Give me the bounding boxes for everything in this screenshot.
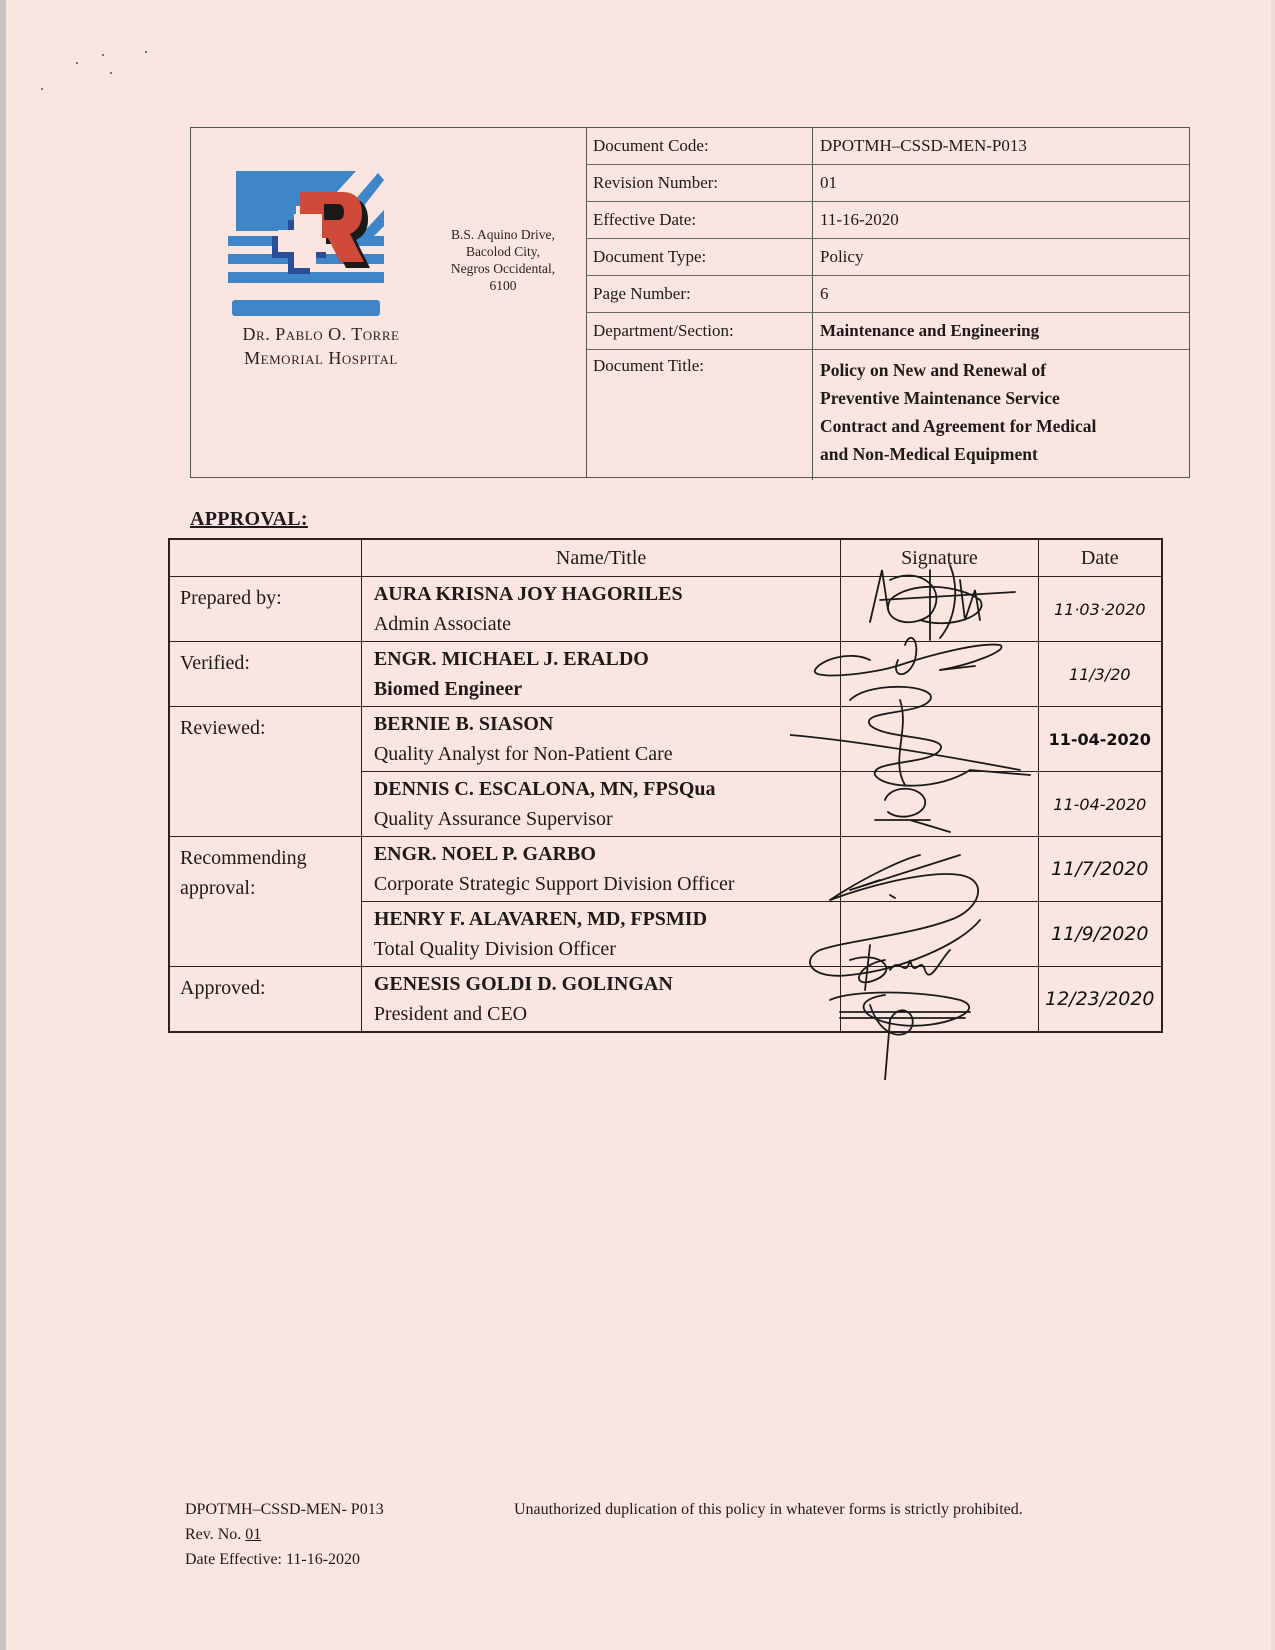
meta-row-effective-date: Effective Date: 11-16-2020 — [586, 202, 1189, 239]
signature-cell — [841, 707, 1038, 772]
hospital-name-line1: Dr. Pablo O. Torre — [201, 322, 441, 346]
person-name: DENNIS C. ESCALONA, MN, FPSQua — [374, 774, 829, 804]
scan-speck — [110, 72, 112, 74]
scan-speck — [145, 51, 147, 53]
scan-edge-right — [1271, 0, 1275, 1650]
person-title: Admin Associate — [374, 609, 829, 639]
document-header: Dr. Pablo O. Torre Memorial Hospital B.S… — [190, 127, 1190, 478]
signature-cell — [841, 642, 1038, 707]
person-name: BERNIE B. SIASON — [374, 709, 829, 739]
logo-column: Dr. Pablo O. Torre Memorial Hospital B.S… — [191, 128, 587, 477]
approval-header-row: Name/Title Signature Date — [169, 539, 1162, 577]
signature-cell — [841, 837, 1038, 902]
approval-person: ENGR. MICHAEL J. ERALDO Biomed Engineer — [361, 642, 841, 707]
person-title: President and CEO — [374, 999, 829, 1029]
hospital-name: Dr. Pablo O. Torre Memorial Hospital — [201, 322, 441, 370]
scan-speck — [41, 88, 43, 90]
meta-label: Document Code: — [586, 128, 813, 165]
meta-row-page-number: Page Number: 6 — [586, 276, 1189, 313]
approval-role: Reviewed: — [169, 707, 361, 837]
approval-role: Recommending approval: — [169, 837, 361, 967]
column-header-date: Date — [1038, 539, 1162, 577]
title-line: Policy on New and Renewal of — [820, 356, 1182, 384]
approval-row: Recommending approval: ENGR. NOEL P. GAR… — [169, 837, 1162, 902]
signed-date: 11-04-2020 — [1038, 707, 1162, 772]
approval-person: BERNIE B. SIASON Quality Analyst for Non… — [361, 707, 841, 772]
person-name: AURA KRISNA JOY HAGORILES — [374, 579, 829, 609]
signature-cell — [841, 967, 1038, 1033]
meta-value: 11-16-2020 — [813, 202, 1190, 239]
signed-date: 11/9/2020 — [1038, 902, 1162, 967]
person-title: Quality Assurance Supervisor — [374, 804, 829, 834]
approval-heading: APPROVAL: — [190, 508, 308, 531]
meta-label: Revision Number: — [586, 165, 813, 202]
meta-row-department: Department/Section: Maintenance and Engi… — [586, 313, 1189, 350]
footer-revision: Rev. No. 01 — [185, 1522, 384, 1547]
person-name: HENRY F. ALAVAREN, MD, FPSMID — [374, 904, 829, 934]
meta-value: DPOTMH–CSSD-MEN-P013 — [813, 128, 1190, 165]
address-line: Negros Occidental, — [423, 260, 583, 277]
meta-label: Document Title: — [586, 350, 813, 481]
approval-person: GENESIS GOLDI D. GOLINGAN President and … — [361, 967, 841, 1033]
approval-role: Verified: — [169, 642, 361, 707]
scan-edge — [0, 0, 6, 1650]
title-line: and Non-Medical Equipment — [820, 440, 1182, 468]
footer-document-info: DPOTMH–CSSD-MEN- P013 Rev. No. 01 Date E… — [185, 1497, 384, 1572]
column-header-name-title: Name/Title — [361, 539, 841, 577]
document-title: Policy on New and Renewal of Preventive … — [813, 350, 1190, 481]
signed-date: 11-04-2020 — [1038, 772, 1162, 837]
person-name: GENESIS GOLDI D. GOLINGAN — [374, 969, 829, 999]
meta-row-document-type: Document Type: Policy — [586, 239, 1189, 276]
approval-role: Prepared by: — [169, 577, 361, 642]
approval-person: DENNIS C. ESCALONA, MN, FPSQua Quality A… — [361, 772, 841, 837]
approval-row: Approved: GENESIS GOLDI D. GOLINGAN Pres… — [169, 967, 1162, 1033]
approval-table: Name/Title Signature Date Prepared by: A… — [168, 538, 1163, 1033]
footer-rev-value: 01 — [245, 1526, 261, 1543]
meta-value: Maintenance and Engineering — [813, 313, 1190, 350]
approval-role: Approved: — [169, 967, 361, 1033]
title-line: Contract and Agreement for Medical — [820, 412, 1182, 440]
hospital-name-line2: Memorial Hospital — [201, 346, 441, 370]
meta-row-document-title: Document Title: Policy on New and Renewa… — [586, 350, 1189, 481]
person-name: ENGR. MICHAEL J. ERALDO — [374, 644, 829, 674]
approval-person: AURA KRISNA JOY HAGORILES Admin Associat… — [361, 577, 841, 642]
meta-value: Policy — [813, 239, 1190, 276]
address-line: 6100 — [423, 277, 583, 294]
scan-speck — [76, 62, 78, 64]
approval-row: Prepared by: AURA KRISNA JOY HAGORILES A… — [169, 577, 1162, 642]
meta-label: Page Number: — [586, 276, 813, 313]
person-name: ENGR. NOEL P. GARBO — [374, 839, 829, 869]
address-line: B.S. Aquino Drive, — [423, 226, 583, 243]
title-line: Preventive Maintenance Service — [820, 384, 1182, 412]
signature-cell — [841, 902, 1038, 967]
hospital-address: B.S. Aquino Drive, Bacolod City, Negros … — [423, 226, 583, 294]
person-title: Total Quality Division Officer — [374, 934, 829, 964]
meta-label: Document Type: — [586, 239, 813, 276]
signature-cell — [841, 772, 1038, 837]
column-header-role — [169, 539, 361, 577]
address-line: Bacolod City, — [423, 243, 583, 260]
signed-date: 11/7/2020 — [1038, 837, 1162, 902]
footer-document-code: DPOTMH–CSSD-MEN- P013 — [185, 1497, 384, 1522]
meta-row-document-code: Document Code: DPOTMH–CSSD-MEN-P013 — [586, 128, 1189, 165]
signature-cell — [841, 577, 1038, 642]
person-title: Biomed Engineer — [374, 674, 829, 704]
approval-row: Reviewed: BERNIE B. SIASON Quality Analy… — [169, 707, 1162, 772]
hospital-logo-cross-r-icon — [228, 168, 384, 321]
footer-date-effective: Date Effective: 11-16-2020 — [185, 1547, 384, 1572]
approval-person: HENRY F. ALAVAREN, MD, FPSMID Total Qual… — [361, 902, 841, 967]
scan-speck — [102, 54, 104, 56]
approval-row: Verified: ENGR. MICHAEL J. ERALDO Biomed… — [169, 642, 1162, 707]
person-title: Corporate Strategic Support Division Off… — [374, 869, 829, 899]
person-title: Quality Analyst for Non-Patient Care — [374, 739, 829, 769]
signed-date: 11/3/20 — [1038, 642, 1162, 707]
meta-value: 01 — [813, 165, 1190, 202]
meta-label: Effective Date: — [586, 202, 813, 239]
footer-rev-label: Rev. No. — [185, 1526, 245, 1543]
footer-duplication-notice: Unauthorized duplication of this policy … — [514, 1497, 1023, 1522]
signed-date: 12/23/2020 — [1038, 967, 1162, 1033]
meta-label: Department/Section: — [586, 313, 813, 350]
signed-date: 11·03·2020 — [1038, 577, 1162, 642]
meta-row-revision-number: Revision Number: 01 — [586, 165, 1189, 202]
meta-value: 6 — [813, 276, 1190, 313]
column-header-signature: Signature — [841, 539, 1038, 577]
document-metadata-table: Document Code: DPOTMH–CSSD-MEN-P013 Revi… — [586, 128, 1189, 480]
approval-person: ENGR. NOEL P. GARBO Corporate Strategic … — [361, 837, 841, 902]
